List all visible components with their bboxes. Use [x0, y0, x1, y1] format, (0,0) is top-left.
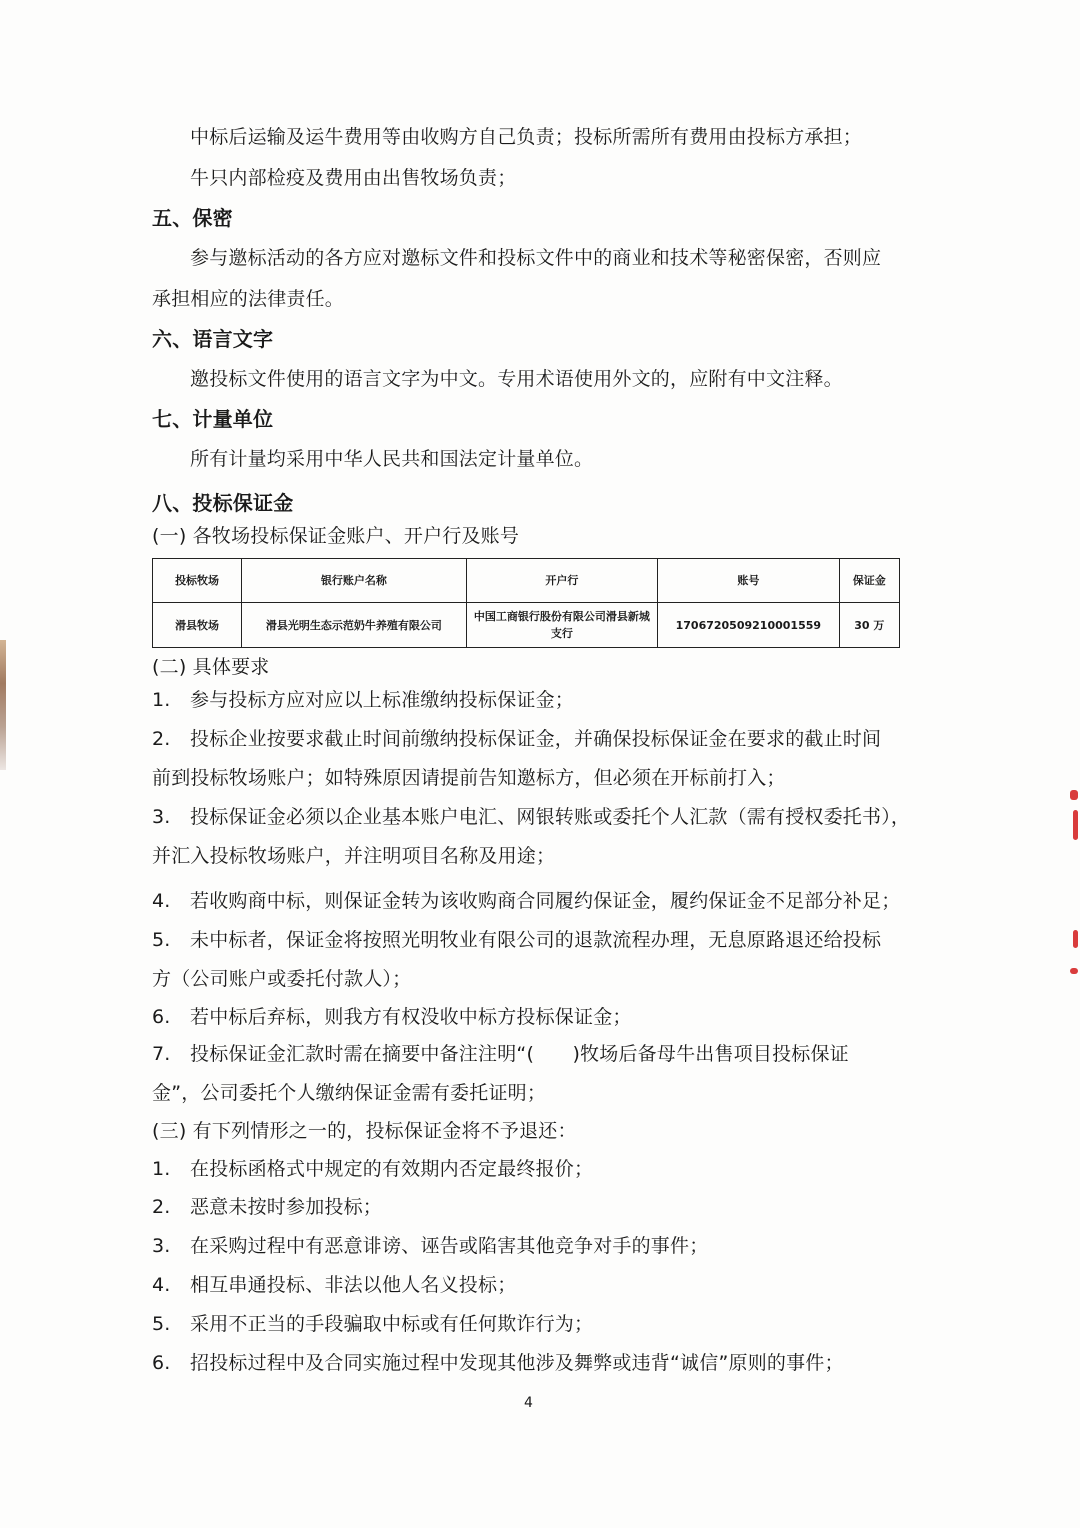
seal-fragment	[1073, 810, 1078, 840]
list-continuation: 金”，公司委托个人缴纳保证金需有委托证明；	[152, 1081, 546, 1105]
list-text: 恶意未按时参加投标；	[190, 1196, 382, 1218]
seal-fragment	[1070, 790, 1078, 800]
list-number: 1.	[152, 688, 190, 712]
paragraph-line: 所有计量均采用中华人民共和国法定计量单位。	[190, 447, 593, 471]
paragraph-line: 牛只内部检疫及费用由出售牧场负责；	[190, 166, 516, 190]
paragraph-line: 参与邀标活动的各方应对邀标文件和投标文件中的商业和技术等秘密保密，否则应	[190, 246, 881, 270]
list-item: 2.投标企业按要求截止时间前缴纳投标保证金，并确保投标保证金在要求的截止时间	[152, 727, 881, 751]
list-item: 2.恶意未按时参加投标；	[152, 1195, 382, 1219]
list-item: 5.未中标者，保证金将按照光明牧业有限公司的退款流程办理，无息原路退还给投标	[152, 928, 881, 952]
list-item: 3.在采购过程中有恶意诽谤、诬告或陷害其他竞争对手的事件；	[152, 1234, 708, 1258]
paragraph-line: 中标后运输及运牛费用等由收购方自己负责；投标所需所有费用由投标方承担；	[190, 125, 862, 149]
list-number: 4.	[152, 1273, 190, 1297]
table-row: 滑县牧场 滑县光明生态示范奶牛养殖有限公司 中国工商银行股份有限公司滑县新城支行…	[153, 603, 900, 648]
deposit-account-table: 投标牧场 银行账户名称 开户行 账号 保证金 滑县牧场 滑县光明生态示范奶牛养殖…	[152, 558, 900, 648]
list-number: 6.	[152, 1351, 190, 1375]
list-item: 6.招投标过程中及合同实施过程中发现其他涉及舞弊或违背“诚信”原则的事件；	[152, 1351, 844, 1375]
list-number: 3.	[152, 805, 190, 829]
list-text: 若中标后弃标，则我方有权没收中标方投标保证金；	[190, 1006, 632, 1028]
table-header-cell: 保证金	[839, 559, 899, 603]
table-header-cell: 开户行	[466, 559, 658, 603]
table-cell-deposit: 30 万	[839, 603, 899, 648]
list-item: 3.投标保证金必须以企业基本账户电汇、网银转账或委托个人汇款（需有授权委托书），	[152, 805, 910, 829]
list-text: 投标企业按要求截止时间前缴纳投标保证金，并确保投标保证金在要求的截止时间	[190, 728, 881, 750]
list-text: 投标保证金汇款时需在摘要中备注注明“( )牧场后备母牛出售项目投标保证	[190, 1043, 849, 1065]
list-item: 7.投标保证金汇款时需在摘要中备注注明“( )牧场后备母牛出售项目投标保证	[152, 1042, 849, 1066]
table-header-cell: 银行账户名称	[242, 559, 466, 603]
list-item: 6.若中标后弃标，则我方有权没收中标方投标保证金；	[152, 1005, 632, 1029]
list-number: 5.	[152, 1312, 190, 1336]
list-number: 3.	[152, 1234, 190, 1258]
list-item: 4.相互串通投标、非法以他人名义投标；	[152, 1273, 516, 1297]
list-text: 采用不正当的手段骗取中标或有任何欺诈行为；	[190, 1313, 593, 1335]
table-cell-farm: 滑县牧场	[153, 603, 242, 648]
list-text: 投标保证金必须以企业基本账户电汇、网银转账或委托个人汇款（需有授权委托书），	[190, 806, 910, 828]
list-number: 6.	[152, 1005, 190, 1029]
section-heading-confidentiality: 五、保密	[152, 206, 233, 230]
seal-fragment	[1073, 930, 1078, 948]
section-heading-deposit: 八、投标保证金	[152, 491, 293, 515]
paragraph-line: 邀投标文件使用的语言文字为中文。专用术语使用外文的，应附有中文注释。	[190, 367, 843, 391]
list-number: 2.	[152, 1195, 190, 1219]
list-item: 5.采用不正当的手段骗取中标或有任何欺诈行为；	[152, 1312, 593, 1336]
section-heading-units: 七、计量单位	[152, 407, 273, 431]
list-text: 若收购商中标，则保证金转为该收购商合同履约保证金，履约保证金不足部分补足；	[190, 890, 900, 912]
list-text: 未中标者，保证金将按照光明牧业有限公司的退款流程办理，无息原路退还给投标	[190, 929, 881, 951]
list-continuation: 并汇入投标牧场账户，并注明项目名称及用途；	[152, 844, 555, 868]
seal-fragment	[1070, 968, 1078, 974]
list-number: 1.	[152, 1157, 190, 1181]
list-item: 1.在投标函格式中规定的有效期内否定最终报价；	[152, 1157, 593, 1181]
subsection-heading: (三) 有下列情形之一的，投标保证金将不予退还：	[152, 1119, 577, 1143]
table-cell-account-number: 1706720509210001559	[658, 603, 839, 648]
list-text: 在采购过程中有恶意诽谤、诬告或陷害其他竞争对手的事件；	[190, 1235, 708, 1257]
list-text: 相互串通投标、非法以他人名义投标；	[190, 1274, 516, 1296]
scan-edge-artifact	[0, 640, 6, 770]
list-item: 1.参与投标方应对应以上标准缴纳投标保证金；	[152, 688, 574, 712]
page-number: 4	[524, 1395, 533, 1411]
table-cell-bank: 中国工商银行股份有限公司滑县新城支行	[466, 603, 658, 648]
table-cell-account-name: 滑县光明生态示范奶牛养殖有限公司	[242, 603, 466, 648]
section-heading-language: 六、语言文字	[152, 327, 273, 351]
list-continuation: 方（公司账户或委托付款人）；	[152, 967, 411, 991]
list-number: 7.	[152, 1042, 190, 1066]
list-number: 5.	[152, 928, 190, 952]
paragraph-line: 承担相应的法律责任。	[152, 287, 344, 311]
list-number: 2.	[152, 727, 190, 751]
list-continuation: 前到投标牧场账户；如特殊原因请提前告知邀标方，但必须在开标前打入；	[152, 766, 786, 790]
table-header-row: 投标牧场 银行账户名称 开户行 账号 保证金	[153, 559, 900, 603]
list-number: 4.	[152, 889, 190, 913]
list-item: 4.若收购商中标，则保证金转为该收购商合同履约保证金，履约保证金不足部分补足；	[152, 889, 900, 913]
list-text: 参与投标方应对应以上标准缴纳投标保证金；	[190, 689, 574, 711]
list-text: 在投标函格式中规定的有效期内否定最终报价；	[190, 1158, 593, 1180]
table-header-cell: 账号	[658, 559, 839, 603]
table-header-cell: 投标牧场	[153, 559, 242, 603]
subsection-heading: (一) 各牧场投标保证金账户、开户行及账号	[152, 524, 519, 548]
list-text: 招投标过程中及合同实施过程中发现其他涉及舞弊或违背“诚信”原则的事件；	[190, 1352, 844, 1374]
document-page: 中标后运输及运牛费用等由收购方自己负责；投标所需所有费用由投标方承担； 牛只内部…	[0, 0, 1080, 1528]
subsection-heading: (二) 具体要求	[152, 655, 269, 679]
